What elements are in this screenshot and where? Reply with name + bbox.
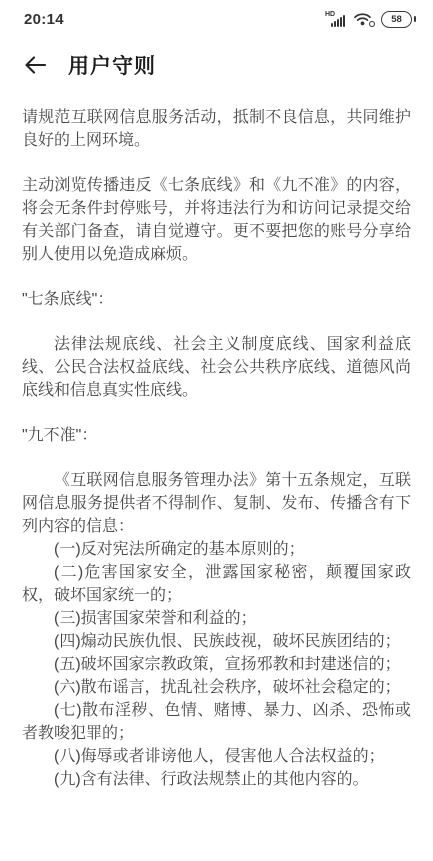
list-item: (五)破坏国家宗教政策，宣扬邪教和封建迷信的； bbox=[22, 653, 411, 676]
paragraph: 法律法规底线、社会主义制度底线、国家利益底线、公民合法权益底线、社会公共秩序底线… bbox=[22, 333, 411, 402]
back-arrow-icon bbox=[24, 56, 46, 74]
clock: 20:14 bbox=[24, 11, 64, 28]
wifi-generation-badge bbox=[369, 21, 375, 27]
list-item: (二)危害国家安全，泄露国家秘密，颠覆国家政权，破坏国家统一的； bbox=[22, 561, 411, 607]
paragraph: 主动浏览传播违反《七条底线》和《九不准》的内容，将会无条件封停账号，并将违法行为… bbox=[22, 174, 411, 266]
page-title: 用户守则 bbox=[68, 50, 156, 80]
section-heading-nine-donts: "九不准"： bbox=[22, 424, 411, 447]
list-item: (四)煽动民族仇恨、民族歧视，破坏民族团结的； bbox=[22, 630, 411, 653]
battery-percent: 58 bbox=[391, 14, 402, 25]
section-heading-seven-bottom-lines: "七条底线"： bbox=[22, 288, 411, 311]
wifi-icon bbox=[354, 11, 373, 27]
list-item: (八)侮辱或者诽谤他人，侵害他人合法权益的； bbox=[22, 745, 411, 768]
content-area: 请规范互联网信息服务活动，抵制不良信息，共同维护良好的上网环境。 主动浏览传播违… bbox=[0, 94, 433, 791]
status-bar: 20:14 HD 58 bbox=[0, 0, 433, 36]
cell-signal-icon: HD bbox=[325, 11, 346, 28]
paragraph: 《互联网信息服务管理办法》第十五条规定，互联网信息服务提供者不得制作、复制、发布… bbox=[22, 469, 411, 538]
list-item: (七)散布淫秽、色情、赌博、暴力、凶杀、恐怖或者教唆犯罪的； bbox=[22, 699, 411, 745]
list-item: (六)散布谣言，扰乱社会秩序，破坏社会稳定的； bbox=[22, 676, 411, 699]
signal-bars-icon bbox=[331, 15, 345, 27]
app-header: 用户守则 bbox=[0, 36, 433, 94]
list-item: (一)反对宪法所确定的基本原则的； bbox=[22, 538, 411, 561]
paragraph: 请规范互联网信息服务活动，抵制不良信息，共同维护良好的上网环境。 bbox=[22, 106, 411, 152]
status-icons: HD 58 bbox=[325, 11, 412, 28]
battery-icon: 58 bbox=[381, 11, 412, 28]
list-item: (三)损害国家荣誉和利益的； bbox=[22, 607, 411, 630]
back-button[interactable] bbox=[22, 52, 48, 78]
list-item: (九)含有法律、行政法规禁止的其他内容的。 bbox=[22, 768, 411, 791]
